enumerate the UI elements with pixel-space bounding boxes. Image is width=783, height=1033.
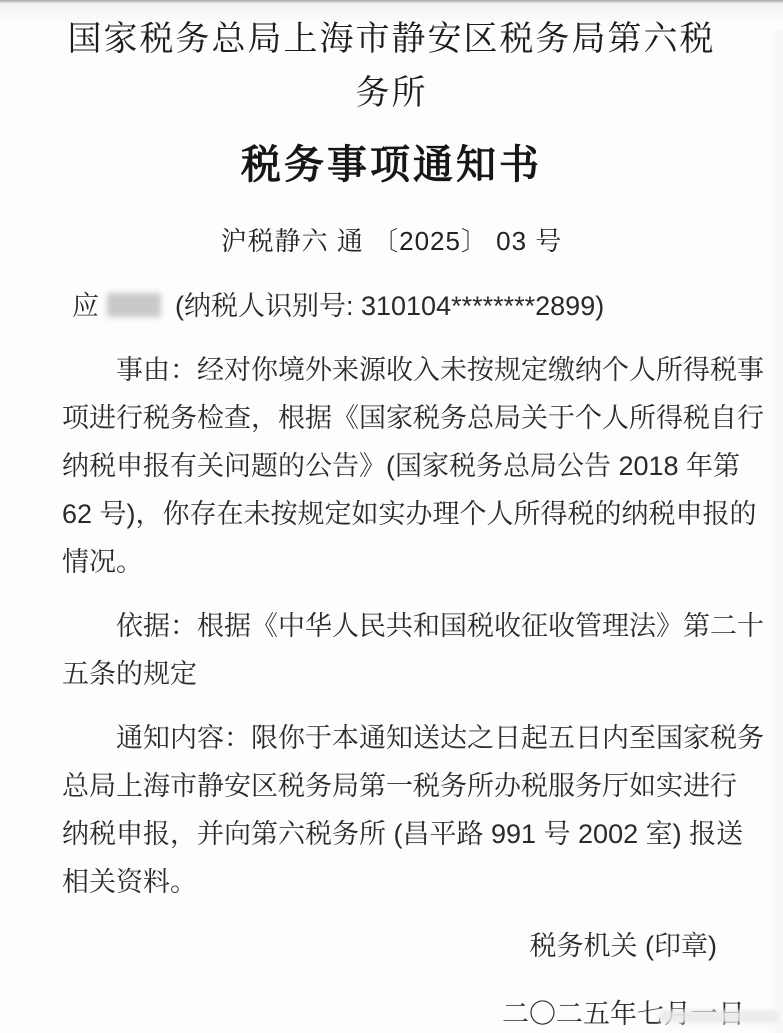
addressee-name-prefix: 应 [72,291,99,321]
text-line: 相关资料。 [62,858,747,906]
text-line: 纳税申报有关问题的公告》(国家税务总局公告 2018 年第 [62,442,747,490]
text-line: 纳税申报，并向第六税务所 (昌平路 991 号 2002 室) 报送 [62,810,747,858]
tax-notice-document: 国家税务总局上海市静安区税务局第六税 务所 税务事项通知书 沪税静六 通 〔20… [0,0,783,1033]
issuer-heading: 国家税务总局上海市静安区税务局第六税 务所 [0,0,783,120]
text-line: 62 号)，你存在未按规定如实办理个人所得税的纳税申报的 [62,490,747,538]
text-line: 依据：根据《中华人民共和国税收征收管理法》第二十 [62,602,747,650]
text-line: 通知内容：限你于本通知送达之日起五日内至国家税务 [62,714,747,762]
paragraph-notice: 通知内容：限你于本通知送达之日起五日内至国家税务 总局上海市静安区税务局第一税务… [62,714,747,906]
issuer-line-1: 国家税务总局上海市静安区税务局第六税 [0,12,783,66]
photo-top-edge [0,0,783,3]
text-line: 五条的规定 [62,650,747,698]
issuer-line-2: 务所 [0,66,783,120]
issue-date: 二〇二五年七月一日 [62,990,747,1033]
text-line: 情况。 [62,538,747,586]
paragraph-basis: 依据：根据《中华人民共和国税收征收管理法》第二十 五条的规定 [62,602,747,698]
faint-watermark-smudge [659,1010,779,1023]
redacted-name-blur [107,293,161,317]
text-line: 总局上海市静安区税务局第一税务所办税服务厅如实进行 [62,762,747,810]
addressee-line: 应(纳税人识别号: 310104********2899) [62,282,747,330]
text-line: 事由：经对你境外来源收入未按规定缴纳个人所得税事 [62,346,747,394]
document-title: 税务事项通知书 [0,140,783,190]
issuing-authority-signature: 税务机关 (印章) [62,922,747,970]
paragraph-matter: 事由：经对你境外来源收入未按规定缴纳个人所得税事 项进行税务检查，根据《国家税务… [62,346,747,586]
taxpayer-id: (纳税人识别号: 310104********2899) [175,291,604,321]
text-line: 项进行税务检查，根据《国家税务总局关于个人所得税自行 [62,394,747,442]
document-number: 沪税静六 通 〔2025〕 03 号 [0,222,783,260]
document-body: 应(纳税人识别号: 310104********2899) 事由：经对你境外来源… [0,282,783,1033]
